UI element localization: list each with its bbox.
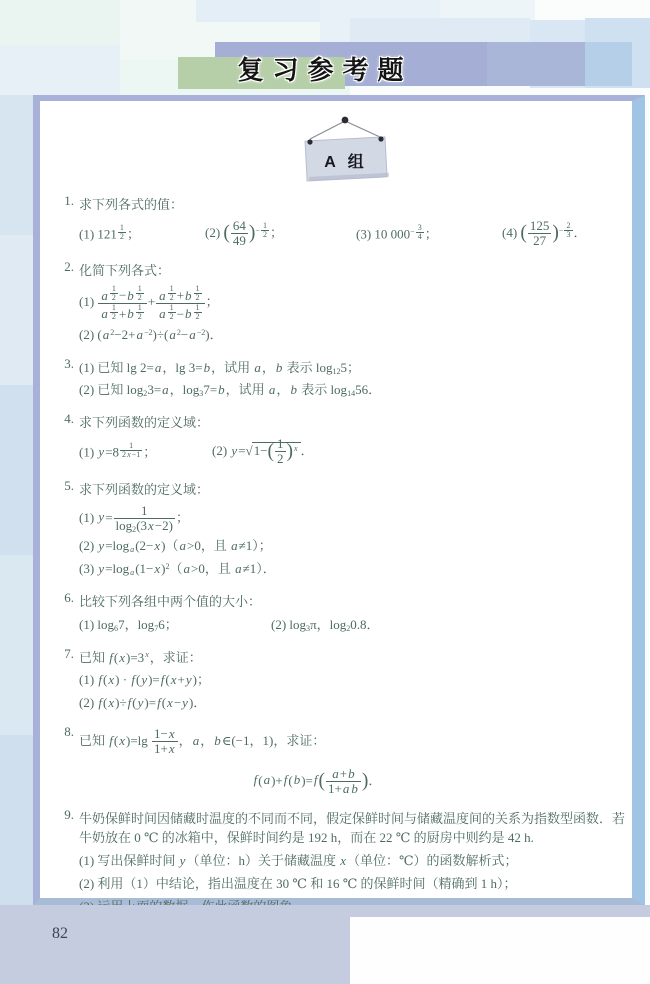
problem-row: (2) 利用（1）中结论，指出温度在 30 ℃ 和 16 ℃ 的保鲜时间（精确到… <box>79 875 625 894</box>
problem-row: 求下列各式的值： <box>79 196 625 215</box>
math-variable: f <box>160 672 166 687</box>
problem-subitem: (2) (6449)−12； <box>205 219 356 249</box>
math-superscript: 12 <box>193 307 203 316</box>
page-number: 82 <box>52 925 68 943</box>
problem-number: 2. <box>47 258 79 348</box>
math-fraction: 12 <box>167 304 177 321</box>
problem-row: 求下列函数的定义域： <box>79 414 625 433</box>
math-variable: a <box>331 766 340 781</box>
math-fraction: 1log2(3x−2) <box>113 504 176 534</box>
math-variable: a <box>129 568 135 577</box>
math-variable: a <box>230 538 239 553</box>
problem-item: 4.求下列函数的定义域：(1) y=812x−1；(2) y=√1−(12)x． <box>47 410 625 470</box>
problem-body: 比较下列各组中两个值的大小：(1) log67，log76；(2) log3π，… <box>79 589 625 639</box>
math-fraction: 12 <box>117 224 127 241</box>
footer-white-block <box>350 917 650 984</box>
math-fraction: 12 <box>260 222 270 239</box>
math-fraction: a12−b12a12+b12 <box>97 285 147 321</box>
problem-subitem: (1) log67，log76； <box>79 616 271 635</box>
problem-row: (1) 已知 lg 2=a，lg 3=b，试用 a，b 表示 log125； <box>79 359 625 378</box>
mosaic-tile <box>0 235 33 385</box>
math-variable: b <box>275 360 284 375</box>
math-subscript: a <box>129 568 135 577</box>
math-variable: b <box>184 306 193 321</box>
math-subscript: 3 <box>199 389 203 398</box>
problem-row: (1) log67，log76；(2) log3π，log20.8． <box>79 616 625 635</box>
math-variable: y <box>230 443 238 458</box>
problem-subitem: (1) y=812x−1； <box>79 442 212 462</box>
problem-body: (1) 已知 lg 2=a，lg 3=b，试用 a，b 表示 log125；(2… <box>79 355 625 405</box>
problem-row: 比较下列各组中两个值的大小： <box>79 593 625 612</box>
problem-item: 5.求下列函数的定义域：(1) y=1log2(3x−2)；(2) y=loga… <box>47 477 625 583</box>
math-variable: a <box>158 306 167 321</box>
math-subscript: 12 <box>332 367 340 376</box>
problem-item: 8.已知 f(x)=lg 1−x1+x，a，b∈(−1，1)，求证：f(a)+f… <box>47 723 625 800</box>
math-variable: b <box>126 306 135 321</box>
problem-item: 9.牛奶保鲜时间因储藏时温度的不同而不同，假定保鲜时间与储藏温度间的关系为指数型… <box>47 806 625 920</box>
problem-body: 已知 f(x)=lg 1−x1+x，a，b∈(−1，1)，求证：f(a)+f(b… <box>79 723 625 800</box>
problem-row: f(a)+f(b)=f(a+b1+ab)． <box>79 767 625 797</box>
math-variable: x <box>118 733 126 748</box>
problem-row: (2) (a2−2+a−2)÷(a2−a−2)． <box>79 326 625 345</box>
math-variable: x <box>118 650 126 665</box>
math-variable: x <box>126 450 132 459</box>
math-superscript: 12x−1 <box>119 445 143 454</box>
math-variable: a <box>178 538 187 553</box>
problem-number: 6. <box>47 589 79 639</box>
math-variable: x <box>153 538 161 553</box>
math-fraction: 1−x1+x <box>151 727 179 757</box>
math-variable: b <box>217 382 226 397</box>
mosaic-tile <box>0 0 120 45</box>
problem-list: 1.求下列各式的值：(1) 12112；(2) (6449)−12；(3) 10… <box>47 189 625 984</box>
problem-row: 化简下列各式： <box>79 262 625 281</box>
sign-label: A 组 <box>306 143 386 177</box>
problem-item: 1.求下列各式的值：(1) 12112；(2) (6449)−12；(3) 10… <box>47 192 625 252</box>
math-variable: b <box>126 288 135 303</box>
math-variable: f <box>283 772 289 787</box>
math-paren: ) <box>552 223 559 244</box>
math-fraction: 12 <box>193 285 203 302</box>
math-variable: y <box>140 672 148 687</box>
math-fraction: a+b1+ab <box>325 767 362 797</box>
math-subscript: 6 <box>114 624 118 633</box>
math-fraction: 12x−1 <box>119 442 143 459</box>
problem-item: 3.(1) 已知 lg 2=a，lg 3=b，试用 a，b 表示 log125；… <box>47 355 625 405</box>
math-superscript: 12 <box>167 289 177 298</box>
math-superscript: 12 <box>109 289 119 298</box>
math-superscript: −12 <box>255 226 270 235</box>
mosaic-tile <box>0 385 33 555</box>
math-fraction: 6449 <box>230 219 249 249</box>
math-variable: a <box>158 288 167 303</box>
math-fraction: 23 <box>563 222 573 239</box>
math-variable: x <box>166 695 174 710</box>
math-variable: a <box>100 306 109 321</box>
math-radical: √1−(12)x <box>246 437 301 467</box>
math-variable: a <box>234 561 243 576</box>
math-fraction: 12 <box>167 285 177 302</box>
math-variable: b <box>203 360 212 375</box>
math-variable: b <box>347 766 356 781</box>
problem-subitem: (2) y=√1−(12)x． <box>212 437 314 467</box>
mosaic-tile <box>0 95 33 235</box>
problem-row: 求下列函数的定义域： <box>79 481 625 500</box>
math-subscript: 14 <box>347 389 355 398</box>
problem-item: 2.化简下列各式：(1) a12−b12a12+b12+a12+b12a12−b… <box>47 258 625 348</box>
problem-body: 化简下列各式：(1) a12−b12a12+b12+a12+b12a12−b12… <box>79 258 625 348</box>
math-variable: x <box>168 741 176 756</box>
math-superscript: x <box>293 444 299 453</box>
math-superscript: −23 <box>559 226 574 235</box>
math-variable: f <box>97 672 103 687</box>
math-superscript: 12 <box>109 307 119 316</box>
math-fraction: 12 <box>109 285 119 302</box>
page-title: 复习参考题 <box>0 50 650 87</box>
math-fraction: 34 <box>415 224 425 241</box>
problem-row: (2) f(x)÷f(y)=f(x−y)． <box>79 694 625 713</box>
math-variable: y <box>137 695 145 710</box>
math-variable: x <box>293 444 299 453</box>
math-variable: f <box>253 772 259 787</box>
math-subscript: 2 <box>346 624 350 633</box>
mosaic-tile <box>0 735 33 905</box>
math-variable: a <box>183 561 192 576</box>
problem-number: 4. <box>47 410 79 470</box>
problem-row: (1) 写出保鲜时间 y（单位：h）关于储藏温度 x（单位：℃）的函数解析式； <box>79 852 625 871</box>
math-fraction: 12527 <box>527 219 553 249</box>
problem-number: 7. <box>47 645 79 718</box>
math-variable: a <box>253 360 262 375</box>
math-variable: b <box>350 781 359 796</box>
math-fraction: 12 <box>193 304 203 321</box>
math-superscript: 12 <box>135 289 145 298</box>
math-variable: a <box>135 327 144 342</box>
math-subscript: 2 <box>143 389 147 398</box>
problem-item: 6.比较下列各组中两个值的大小：(1) log67，log76；(2) log3… <box>47 589 625 639</box>
math-variable: y <box>97 444 105 459</box>
math-fraction: 12 <box>274 437 287 467</box>
math-variable: b <box>293 772 302 787</box>
math-variable: f <box>127 695 133 710</box>
math-variable: f <box>108 733 114 748</box>
math-superscript: 12 <box>167 307 177 316</box>
problem-body: 求下列函数的定义域：(1) y=812x−1；(2) y=√1−(12)x． <box>79 410 625 470</box>
problem-number: 9. <box>47 806 79 920</box>
math-variable: b <box>289 382 298 397</box>
math-superscript: 2 <box>165 562 169 571</box>
math-variable: a <box>154 360 163 375</box>
problem-number: 3. <box>47 355 79 405</box>
math-variable: a <box>263 772 272 787</box>
math-fraction: 12 <box>135 304 145 321</box>
math-paren: ) <box>362 770 369 791</box>
math-superscript: 2 <box>177 328 181 337</box>
math-variable: a <box>168 327 177 342</box>
math-subscript: a <box>129 545 135 554</box>
math-variable: y <box>97 538 105 553</box>
math-variable: y <box>179 853 187 868</box>
math-variable: y <box>97 561 105 576</box>
math-variable: x <box>144 650 150 659</box>
problem-subitem: (1) 12112； <box>79 224 205 244</box>
math-subscript: 2 <box>132 525 136 534</box>
math-superscript: −2 <box>144 328 153 337</box>
math-fraction: 12 <box>109 304 119 321</box>
problem-row: (3) y=loga(1−x)2（a>0，且 a≠1）． <box>79 560 625 579</box>
math-fraction: 12 <box>135 285 145 302</box>
problem-number: 5. <box>47 477 79 583</box>
math-superscript: 12 <box>193 289 203 298</box>
problem-number: 8. <box>47 723 79 800</box>
math-subscript: 7 <box>154 624 158 633</box>
mosaic-tile <box>0 555 33 735</box>
math-variable: x <box>339 853 347 868</box>
problem-row: (1) y=812x−1；(2) y=√1−(12)x． <box>79 437 625 467</box>
math-superscript: 12 <box>135 307 145 316</box>
problem-body: 求下列函数的定义域：(1) y=1log2(3x−2)；(2) y=loga(2… <box>79 477 625 583</box>
math-variable: a <box>102 327 111 342</box>
math-variable: y <box>185 672 193 687</box>
math-variable: x <box>168 726 176 741</box>
math-variable: a <box>100 288 109 303</box>
math-superscript: −34 <box>410 227 425 236</box>
math-variable: a <box>161 382 170 397</box>
math-variable: x <box>107 672 115 687</box>
problem-body: 牛奶保鲜时间因储藏时温度的不同而不同，假定保鲜时间与储藏温度间的关系为指数型函数… <box>79 806 625 920</box>
math-subscript: 3 <box>306 624 310 633</box>
math-variable: a <box>192 733 201 748</box>
problem-number: 1. <box>47 192 79 252</box>
math-variable: b <box>184 288 193 303</box>
math-fraction: a12+b12a12−b12 <box>155 285 205 321</box>
math-variable: a <box>129 545 135 554</box>
mosaic-tile <box>196 0 326 22</box>
sign-right-pin <box>378 136 383 141</box>
problem-subitem: (2) log3π，log20.8． <box>271 616 380 635</box>
content-panel: A 组 1.求下列各式的值：(1) 12112；(2) (6449)−12；(3… <box>33 95 645 905</box>
textbook-page: 复习参考题 A 组 1.求下列各式的值：(1) 12112；(2) (6449)… <box>0 0 650 984</box>
problem-row: 已知 f(x)=3x，求证： <box>79 649 625 668</box>
problem-row: (1) y=1log2(3x−2)； <box>79 504 625 534</box>
math-variable: a <box>268 382 277 397</box>
problem-item: 7.已知 f(x)=3x，求证：(1) f(x) · f(y)=f(x+y)；(… <box>47 645 625 718</box>
math-variable: a <box>188 327 197 342</box>
math-variable: f <box>97 695 103 710</box>
math-superscript: x <box>144 650 150 659</box>
problem-subitem: (3) 10 000−34； <box>356 224 502 244</box>
problem-row: (1) 12112；(2) (6449)−12；(3) 10 000−34；(4… <box>79 219 625 249</box>
math-variable: x <box>153 561 161 576</box>
problem-body: 求下列各式的值：(1) 12112；(2) (6449)−12；(3) 10 0… <box>79 192 625 252</box>
math-variable: x <box>107 695 115 710</box>
math-superscript: −2 <box>197 328 206 337</box>
problem-row: 已知 f(x)=lg 1−x1+x，a，b∈(−1，1)，求证： <box>79 727 625 757</box>
problem-subitem: (4) (12527)−23． <box>502 219 587 249</box>
group-a-sign: A 组 <box>288 113 408 191</box>
problem-body: 已知 f(x)=3x，求证：(1) f(x) · f(y)=f(x+y)；(2)… <box>79 645 625 718</box>
problem-row: 牛奶保鲜时间因储藏时温度的不同而不同，假定保鲜时间与储藏温度间的关系为指数型函数… <box>79 810 625 848</box>
math-variable: y <box>97 509 105 524</box>
math-variable: x <box>147 518 155 533</box>
math-variable: f <box>130 672 136 687</box>
math-variable: b <box>213 733 222 748</box>
math-variable: x <box>170 672 178 687</box>
math-variable: f <box>156 695 162 710</box>
problem-row: (2) y=loga(2−x)（a>0，且 a≠1）； <box>79 537 625 556</box>
sign-top-pin <box>342 117 349 124</box>
problem-row: (1) a12−b12a12+b12+a12+b12a12−b12； <box>79 285 625 321</box>
math-superscript: 12 <box>117 227 127 236</box>
math-variable: y <box>181 695 189 710</box>
problem-row: (1) f(x) · f(y)=f(x+y)； <box>79 671 625 690</box>
math-superscript: 2 <box>110 328 114 337</box>
problem-row: (2) 已知 log23=a，log37=b，试用 a，b 表示 log1456… <box>79 381 625 400</box>
math-variable: f <box>108 650 114 665</box>
